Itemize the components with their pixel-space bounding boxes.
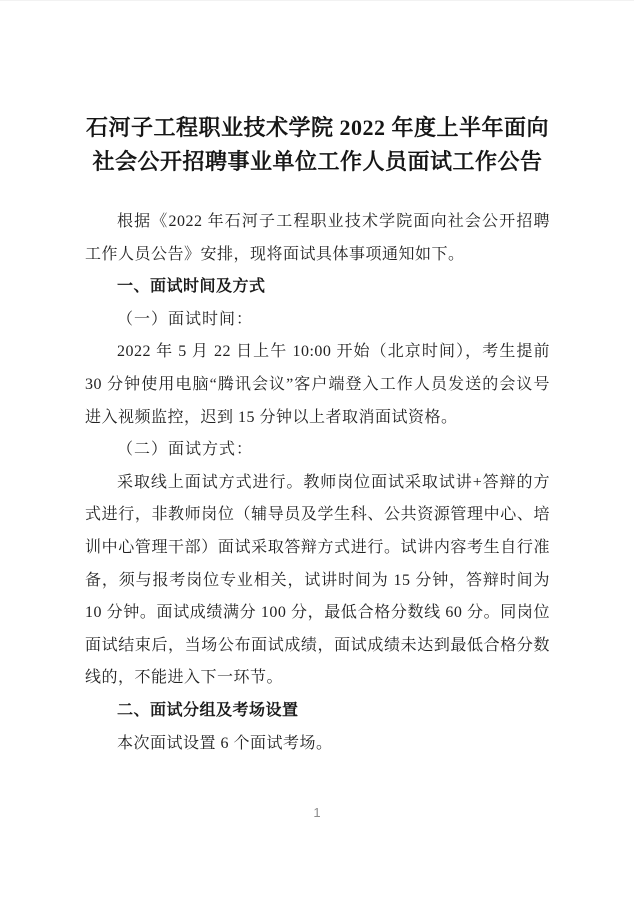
page-number: 1 (0, 804, 634, 822)
document-body: 根据《2022 年石河子工程职业技术学院面向社会公开招聘工作人员公告》安排，现将… (85, 206, 550, 760)
body-paragraph: 2022 年 5 月 22 日上午 10:00 开始（北京时间），考生提前 30… (85, 336, 550, 434)
document-content: 石河子工程职业技术学院 2022 年度上半年面向社会公开招聘事业单位工作人员面试… (0, 1, 634, 760)
sub-heading: （二）面试方式： (85, 434, 550, 467)
section-heading: 二、面试分组及考场设置 (85, 695, 550, 728)
document-page: 石河子工程职业技术学院 2022 年度上半年面向社会公开招聘事业单位工作人员面试… (0, 0, 634, 897)
section-heading: 一、面试时间及方式 (85, 271, 550, 304)
body-paragraph: 本次面试设置 6 个面试考场。 (85, 728, 550, 761)
body-paragraph: 采取线上面试方式进行。教师岗位面试采取试讲+答辩的方式进行，非教师岗位（辅导员及… (85, 467, 550, 695)
body-paragraph: 根据《2022 年石河子工程职业技术学院面向社会公开招聘工作人员公告》安排，现将… (85, 206, 550, 271)
document-title: 石河子工程职业技术学院 2022 年度上半年面向社会公开招聘事业单位工作人员面试… (85, 111, 550, 179)
sub-heading: （一）面试时间： (85, 304, 550, 337)
